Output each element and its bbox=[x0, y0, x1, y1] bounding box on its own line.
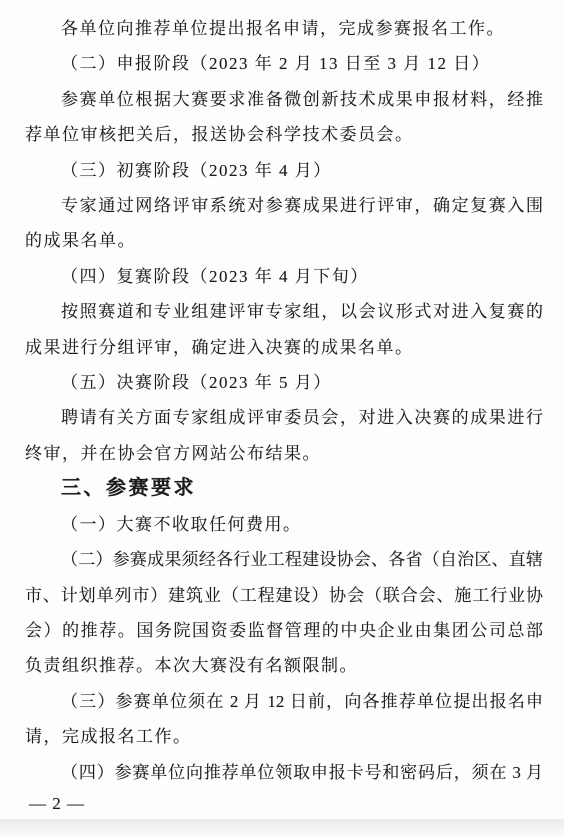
document-line: （四）参赛单位向推荐单位领取申报卡号和密码后，须在 3 月 bbox=[25, 755, 543, 790]
document-line: 终审，并在协会官方网站公布结果。 bbox=[25, 436, 543, 471]
document-line: （二）申报阶段（2023 年 2 月 13 日至 3 月 12 日） bbox=[25, 46, 543, 81]
page-number-footer: — 2 — bbox=[29, 792, 85, 816]
page-number: — 2 — bbox=[29, 794, 85, 813]
document-line: 按照赛道和专业组建评审专家组，以会议形式对进入复赛的 bbox=[25, 294, 543, 329]
document-line: 负责组织推荐。本次大赛没有名额限制。 bbox=[25, 648, 543, 683]
document-line: （五）决赛阶段（2023 年 5 月） bbox=[25, 365, 543, 400]
document-line: 荐单位审核把关后，报送协会科学技术委员会。 bbox=[25, 117, 543, 152]
document-line: 请，完成报名工作。 bbox=[25, 719, 543, 754]
document-line: 各单位向推荐单位提出报名申请，完成参赛报名工作。 bbox=[25, 11, 543, 46]
document-line: 会）的推荐。国务院国资委监督管理的中央企业由集团公司总部 bbox=[25, 613, 543, 648]
scanned-document-page: 各单位向推荐单位提出报名申请，完成参赛报名工作。（二）申报阶段（2023 年 2… bbox=[0, 0, 564, 836]
document-line: 聘请有关方面专家组成评审委员会，对进入决赛的成果进行 bbox=[25, 400, 543, 435]
document-line: （二）参赛成果须经各行业工程建设协会、各省（自治区、直辖 bbox=[25, 542, 543, 577]
document-line: （三）初赛阶段（2023 年 4 月） bbox=[25, 153, 543, 188]
document-line: 成果进行分组评审，确定进入决赛的成果名单。 bbox=[25, 330, 543, 365]
document-line: （一）大赛不收取任何费用。 bbox=[25, 507, 543, 542]
section-heading: 三、参赛要求 bbox=[25, 471, 543, 506]
document-line: 市、计划单列市）建筑业（工程建设）协会（联合会、施工行业协 bbox=[25, 578, 543, 613]
document-line: 的成果名单。 bbox=[25, 223, 543, 258]
document-line: （四）复赛阶段（2023 年 4 月下旬） bbox=[25, 259, 543, 294]
document-line: 参赛单位根据大赛要求准备微创新技术成果申报材料，经推 bbox=[25, 82, 543, 117]
document-line: 专家通过网络评审系统对参赛成果进行评审，确定复赛入围 bbox=[25, 188, 543, 223]
document-line: （三）参赛单位须在 2 月 12 日前，向各推荐单位提出报名申 bbox=[25, 684, 543, 719]
document-body: 各单位向推荐单位提出报名申请，完成参赛报名工作。（二）申报阶段（2023 年 2… bbox=[25, 11, 543, 790]
scan-bottom-edge bbox=[0, 819, 564, 836]
